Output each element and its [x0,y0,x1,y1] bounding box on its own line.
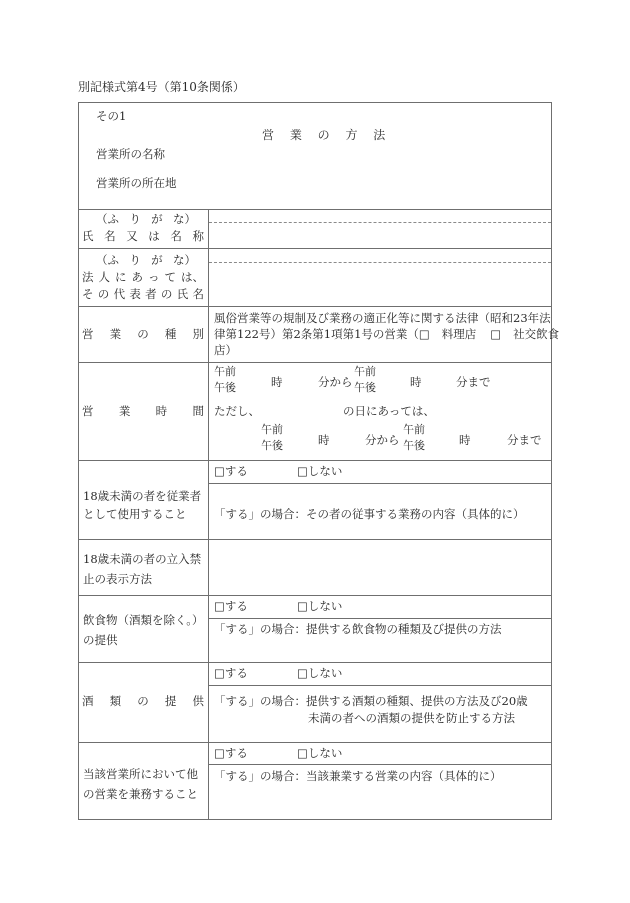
divider [78,248,552,249]
label-line: 18歳未満の者の立入禁 [83,549,201,569]
hour-unit: 時 [410,374,422,390]
label-char: 称 [192,228,204,245]
label-char: の [161,286,173,303]
office-address-label: 営業所の所在地 [96,175,177,191]
label-line: 飲食物（酒類を除く。） [83,610,204,630]
am-option[interactable]: 午前 [214,364,236,380]
am-option[interactable]: 午前 [354,364,376,380]
label-char: っ [148,269,160,286]
label-line: 18歳未満の者を従業者 [83,487,201,505]
divider [78,362,552,363]
name-input[interactable] [210,224,550,246]
label-char: は [148,228,160,245]
from-text: 分から [318,374,353,390]
column-divider [208,209,209,820]
furigana-text: な） [173,252,196,269]
checkbox-restaurant[interactable]: □ [419,326,430,342]
pm-option[interactable]: 午後 [214,380,236,396]
label-char: あ [132,269,144,286]
divider [208,618,552,619]
minors-employment-detail: 「する」の場合：その者の従事する業務の内容（具体的に） [214,506,525,522]
label-char: に [115,269,127,286]
hour-unit: 時 [459,432,471,448]
minors-entry-label: 18歳未満の者の立入禁 止の表示方法 [83,549,201,589]
hour-unit: 時 [318,432,330,448]
label-char: そ [82,286,94,303]
however-text: ただし、 [214,403,260,419]
label-char: 氏 [82,228,94,245]
divider [78,662,552,663]
checkbox-social-dining[interactable]: □ [490,326,501,342]
business-type-line3: 店） [214,342,237,358]
furigana-text: （ふ [96,211,119,228]
food-service-no[interactable]: □しない [297,598,342,614]
divider [78,595,552,596]
label-line: の営業を兼務すること [83,784,198,804]
label-char: 名 [104,228,116,245]
label-char: 又 [126,228,138,245]
ampm-special-start-selector[interactable]: 午前 午後 [261,422,283,454]
form-caption: 別記様式第4号（第10条関係） [78,78,245,95]
minors-employment-label: 18歳未満の者を従業者 として使用すること [83,487,201,523]
minors-employment-yes[interactable]: □する [214,463,248,479]
label-char: 別 [193,326,205,343]
on-day-text: の日にあっては、 [343,403,435,419]
divider [78,306,552,307]
label-char: 業 [110,326,122,343]
food-service-detail: 「する」の場合：提供する飲食物の種類及び提供の方法 [214,621,502,637]
pm-option[interactable]: 午後 [403,438,425,454]
label-line: として使用すること [83,505,201,523]
pm-option[interactable]: 午後 [354,380,376,396]
divider [78,539,552,540]
divider [208,685,552,686]
label-char: 類 [110,693,122,710]
label-char: の [137,326,149,343]
option-social-dining-label: 社交飲食 [513,327,559,341]
furigana-text: な） [173,211,196,228]
furigana-text: が [151,211,163,228]
divider [78,209,552,210]
until-text: 分まで [507,432,542,448]
divider [78,460,552,461]
label-line: の提供 [83,630,204,650]
from-text: 分から [365,432,400,448]
label-char: 人 [99,269,111,286]
office-name-label: 営業所の名称 [96,146,165,162]
label-char: の [98,286,110,303]
alcohol-service-label: 酒 類 の 提 供 [82,693,204,710]
minors-entry-input[interactable] [210,541,550,593]
hour-unit: 時 [271,374,283,390]
ampm-start-selector[interactable]: 午前 午後 [214,364,236,396]
label-char: 名 [192,286,204,303]
ampm-end-selector[interactable]: 午前 午後 [354,364,376,396]
other-business-yes[interactable]: □する [214,745,248,761]
furigana-guide [209,222,551,223]
law-text: 律第122号）第2条第1項第1号の営業（ [214,327,419,341]
label-char: 酒 [82,693,94,710]
other-business-label: 当該営業所において他 の営業を兼務すること [83,764,198,804]
label-char: の [137,693,149,710]
business-type-label: 営 業 の 種 別 [82,326,204,343]
label-line: 止の表示方法 [83,569,201,589]
alcohol-service-no[interactable]: □しない [297,665,342,681]
alcohol-service-detail-line2: 未満の者への酒類の提供を防止する方法 [308,710,515,726]
divider [208,483,552,484]
until-text: 分まで [456,374,491,390]
name-label: （ふ り が な） 氏 名 又 は 名 称 [82,211,204,245]
label-char: 時 [156,403,168,420]
representative-input[interactable] [210,264,550,304]
furigana-text: り [129,252,141,269]
label-char: 業 [119,403,131,420]
label-char: 名 [170,228,182,245]
furigana-text: （ふ [96,252,119,269]
business-hours-label: 営 業 時 間 [82,403,204,420]
label-char: 営 [82,403,94,420]
label-char: 代 [114,286,126,303]
label-char: 営 [82,326,94,343]
alcohol-service-yes[interactable]: □する [214,665,248,681]
form-title: 営 業 の 方 法 [262,126,391,143]
alcohol-service-detail: 「する」の場合：提供する酒類の種類、提供の方法及び20歳 [214,693,528,709]
furigana-text: が [151,252,163,269]
am-option[interactable]: 午前 [403,422,425,438]
other-business-no[interactable]: □しない [297,745,342,761]
business-type-line2: 律第122号）第2条第1項第1号の営業（□料理店□社交飲食 [214,326,559,342]
label-char: 者 [145,286,157,303]
label-char: 表 [129,286,141,303]
label-char: 提 [165,693,177,710]
divider [78,742,552,743]
pm-option[interactable]: 午後 [261,438,283,454]
furigana-text: り [129,211,141,228]
food-service-label: 飲食物（酒類を除く。） の提供 [83,610,204,650]
am-option[interactable]: 午前 [261,422,283,438]
label-char: 氏 [177,286,189,303]
divider [208,764,552,765]
other-business-detail: 「する」の場合：当該兼業する営業の内容（具体的に） [214,768,502,784]
label-char: は、 [181,269,204,286]
label-char: 種 [165,326,177,343]
business-type-law-text: 風俗営業等の規制及び業務の適正化等に関する法律（昭和23年法 [214,310,551,326]
label-char: て [165,269,177,286]
option-restaurant-label: 料理店 [442,327,477,341]
part-number: その1 [96,108,126,124]
label-line: 当該営業所において他 [83,764,198,784]
label-char: 間 [192,403,204,420]
ampm-special-end-selector[interactable]: 午前 午後 [403,422,425,454]
representative-label: （ふ り が な） 法 人 に あ っ て は、 そ の 代 表 者 の 氏 名 [82,252,204,303]
furigana-guide [209,262,551,263]
label-char: 供 [193,693,205,710]
minors-employment-no[interactable]: □しない [297,463,342,479]
food-service-yes[interactable]: □する [214,598,248,614]
label-char: 法 [82,269,94,286]
